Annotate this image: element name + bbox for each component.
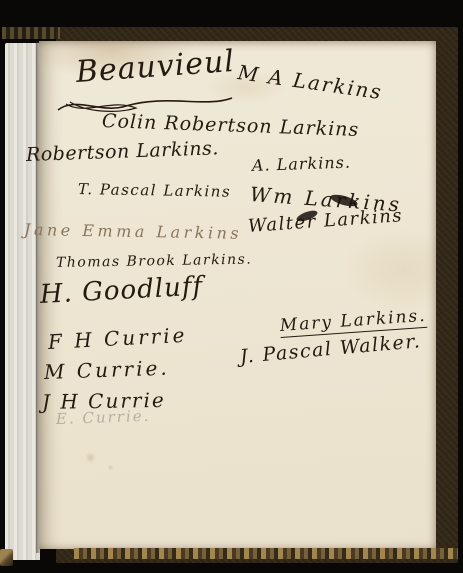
stacked-page-fore-edges bbox=[5, 43, 40, 560]
cover-corner-texture bbox=[2, 27, 60, 39]
gilt-corner-ornament bbox=[0, 549, 13, 566]
signature-e-currie: E. Currie. bbox=[56, 409, 151, 427]
signature-thomas-brook-larkins: Thomas Brook Larkins. bbox=[56, 253, 252, 270]
signature-m-currie: M Currie. bbox=[44, 358, 170, 382]
signature-t-pascal-larkins: T. Pascal Larkins bbox=[78, 182, 231, 200]
signature-jane-emma-larkins: Jane Emma Larkins bbox=[24, 222, 242, 242]
gilt-binding-strip bbox=[74, 548, 458, 559]
photograph-of-autograph-album-page: Beauvieul M A Larkins Colin Robertson La… bbox=[0, 0, 463, 573]
signature-a-larkins: A. Larkins. bbox=[252, 155, 351, 174]
